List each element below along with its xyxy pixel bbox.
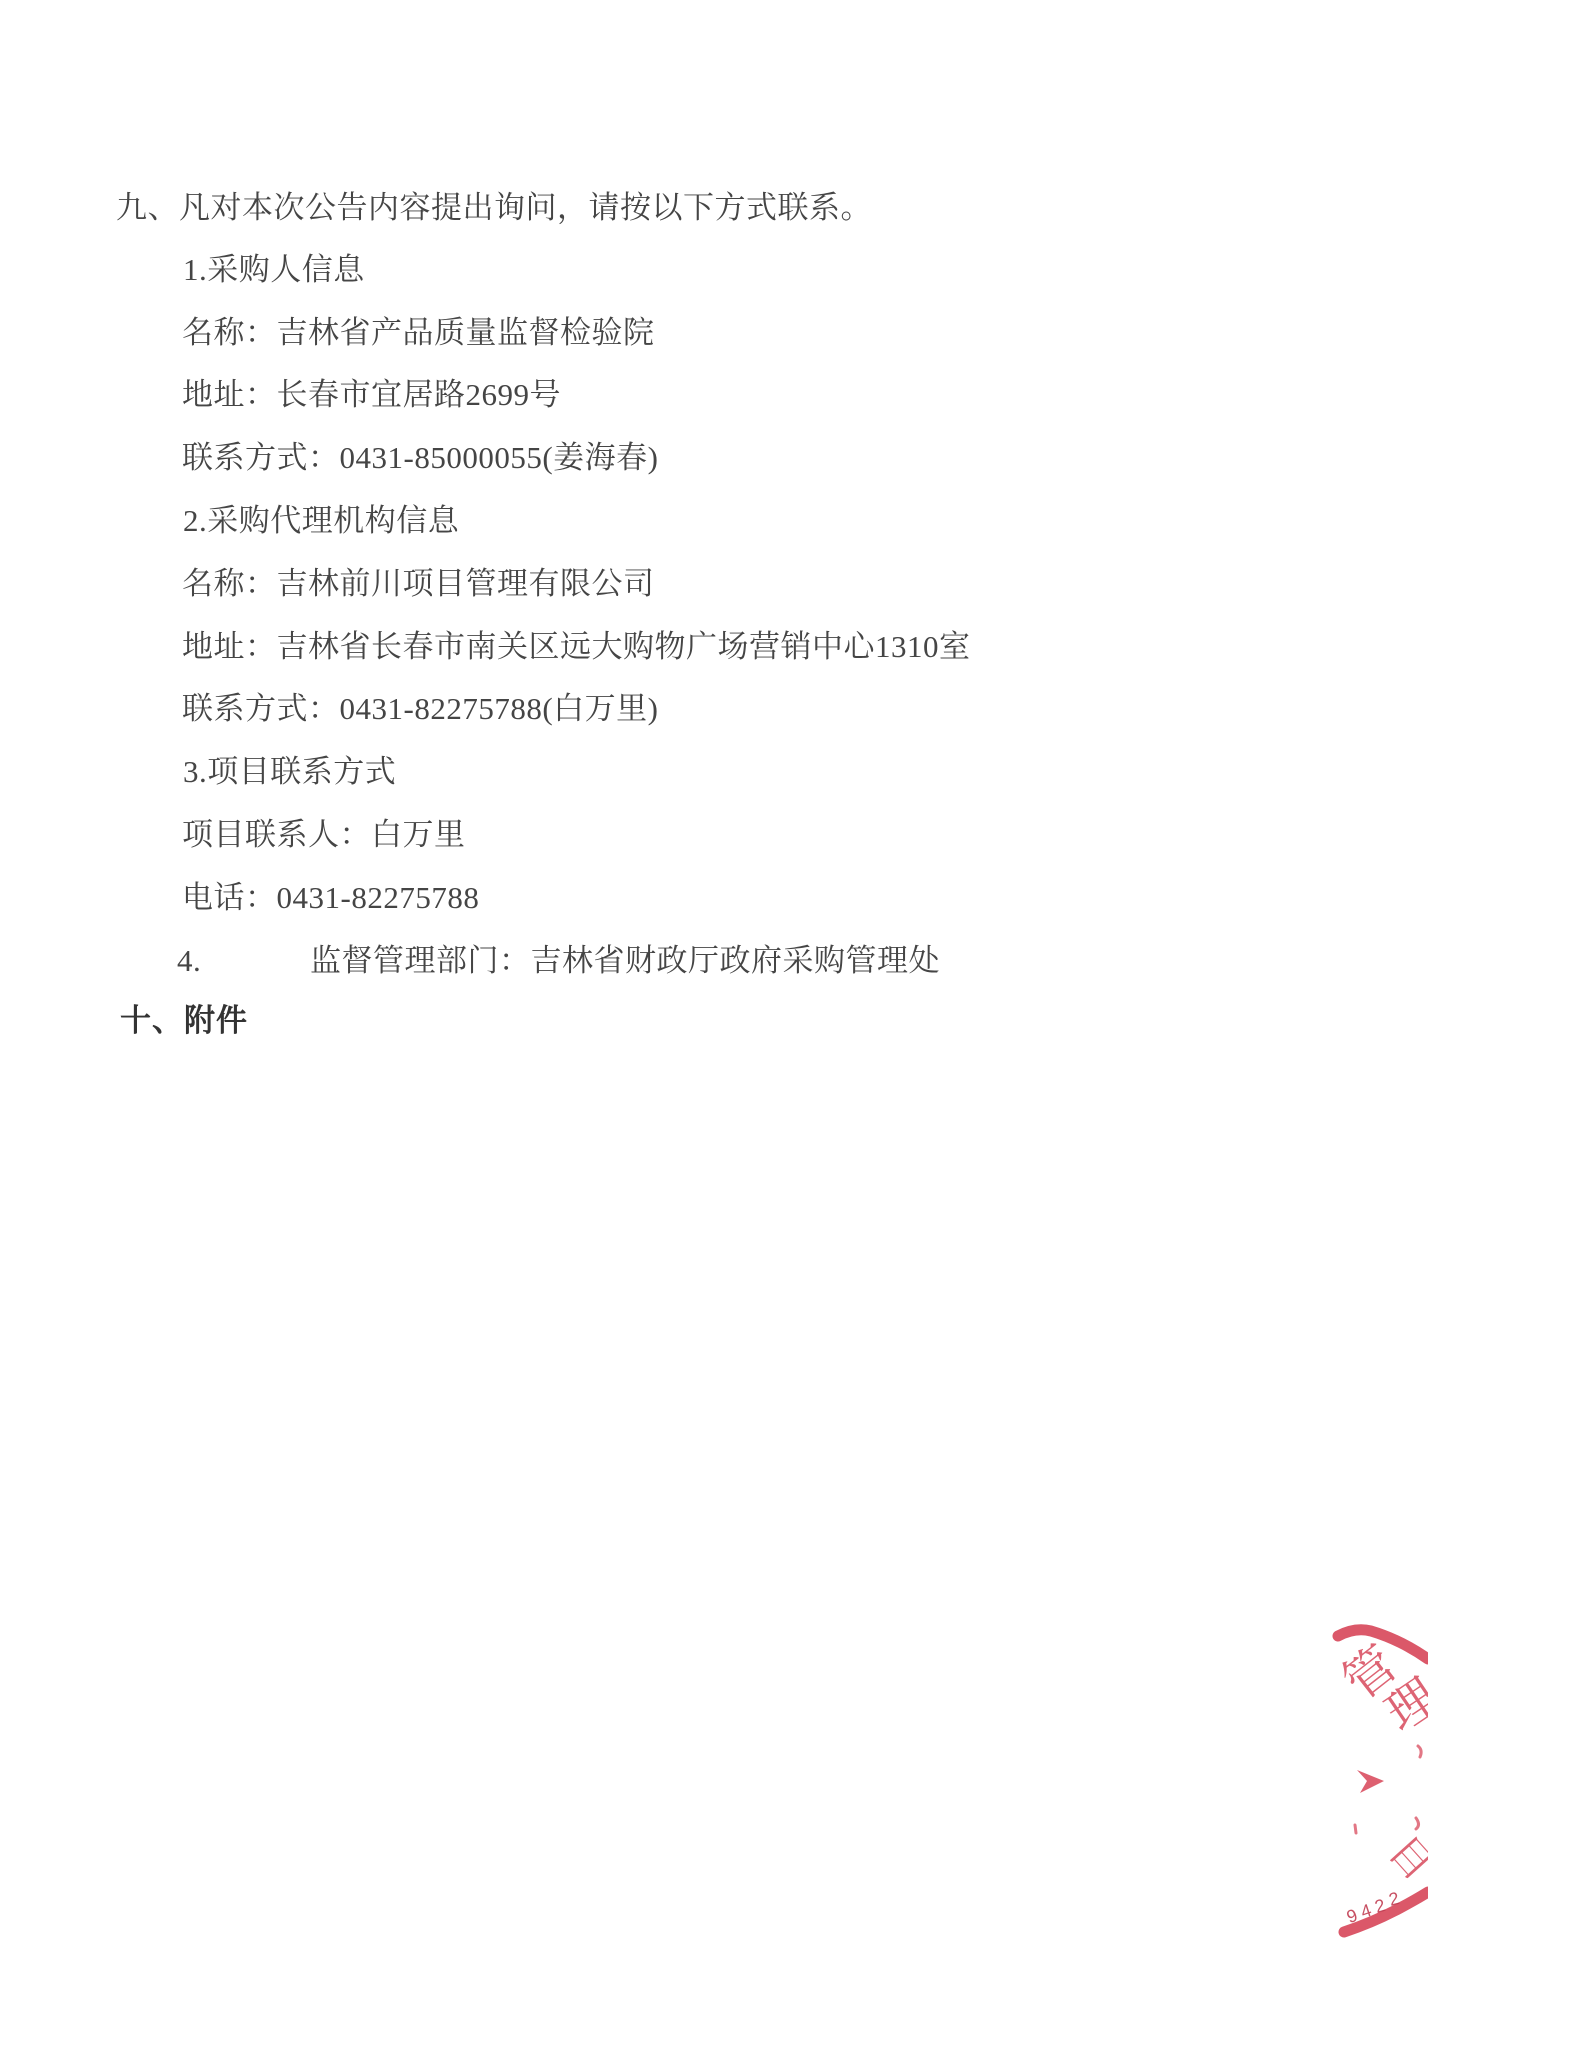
text-line-10: 3.项目联系方式 [183, 754, 396, 790]
text-line-1: 九、凡对本次公告内容提出询问，请按以下方式联系。 [116, 190, 872, 226]
text-line-13-seg-1: 4. [177, 943, 201, 979]
notice-text-block: 九、凡对本次公告内容提出询问，请按以下方式联系。1.采购人信息名称：吉林省产品质… [0, 0, 1577, 2058]
text-line-11: 项目联系人：白万里 [182, 817, 466, 853]
text-line-7: 名称：吉林前川项目管理有限公司 [182, 566, 655, 602]
text-line-14: 十、附件 [120, 1003, 248, 1039]
text-line-8: 地址：吉林省长春市南关区远大购物广场营销中心1310室 [182, 629, 971, 665]
text-line-5: 联系方式：0431-85000055(姜海春) [182, 440, 658, 476]
text-line-9: 联系方式：0431-82275788(白万里) [182, 691, 658, 727]
text-line-4: 地址：长春市宜居路2699号 [182, 377, 561, 413]
document-page: 九、凡对本次公告内容提出询问，请按以下方式联系。1.采购人信息名称：吉林省产品质… [0, 0, 1577, 2058]
text-line-13-seg-2: 监督管理部门：吉林省财政厅政府采购管理处 [310, 943, 940, 979]
text-line-3: 名称：吉林省产品质量监督检验院 [182, 315, 655, 351]
text-line-12: 电话：0431-82275788 [182, 880, 479, 916]
text-line-2: 1.采购人信息 [183, 252, 365, 288]
text-line-6: 2.采购代理机构信息 [183, 503, 459, 539]
